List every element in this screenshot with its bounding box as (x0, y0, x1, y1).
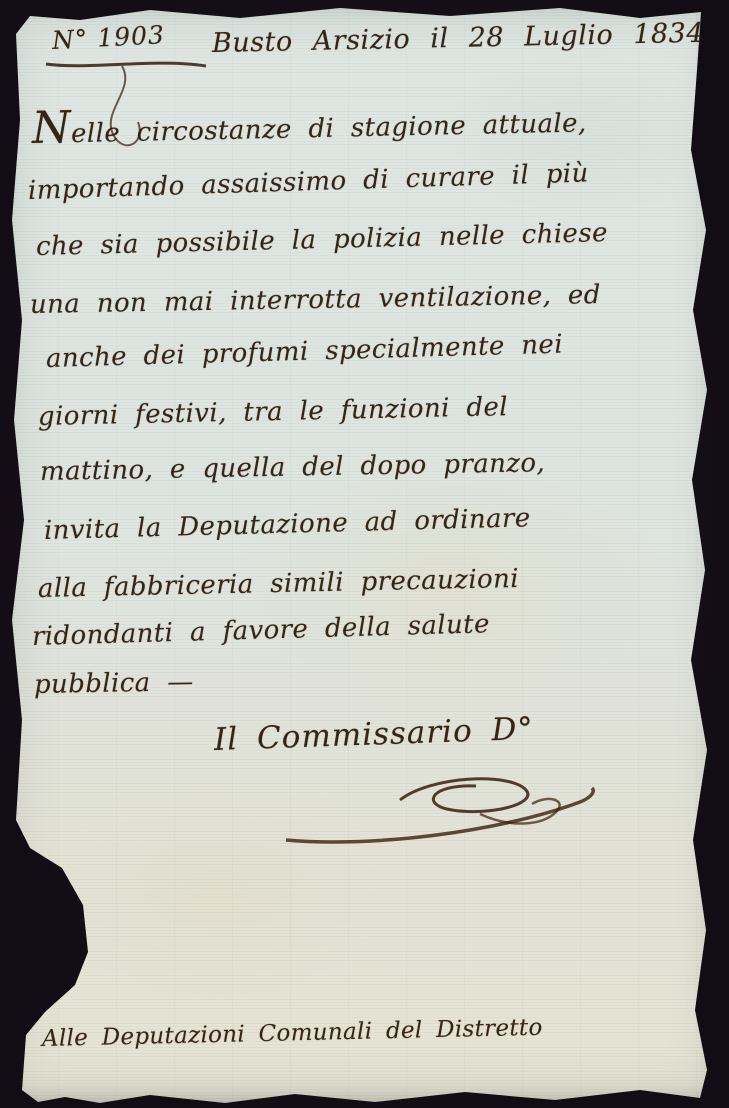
photo-backdrop: N° 1903 Busto Arsizio il 28 Luglio 1834 … (0, 0, 729, 1108)
protocol-number: N° 1903 (51, 20, 165, 55)
handwritten-line: pubblica — (34, 667, 194, 700)
signature-rubric (280, 762, 610, 852)
